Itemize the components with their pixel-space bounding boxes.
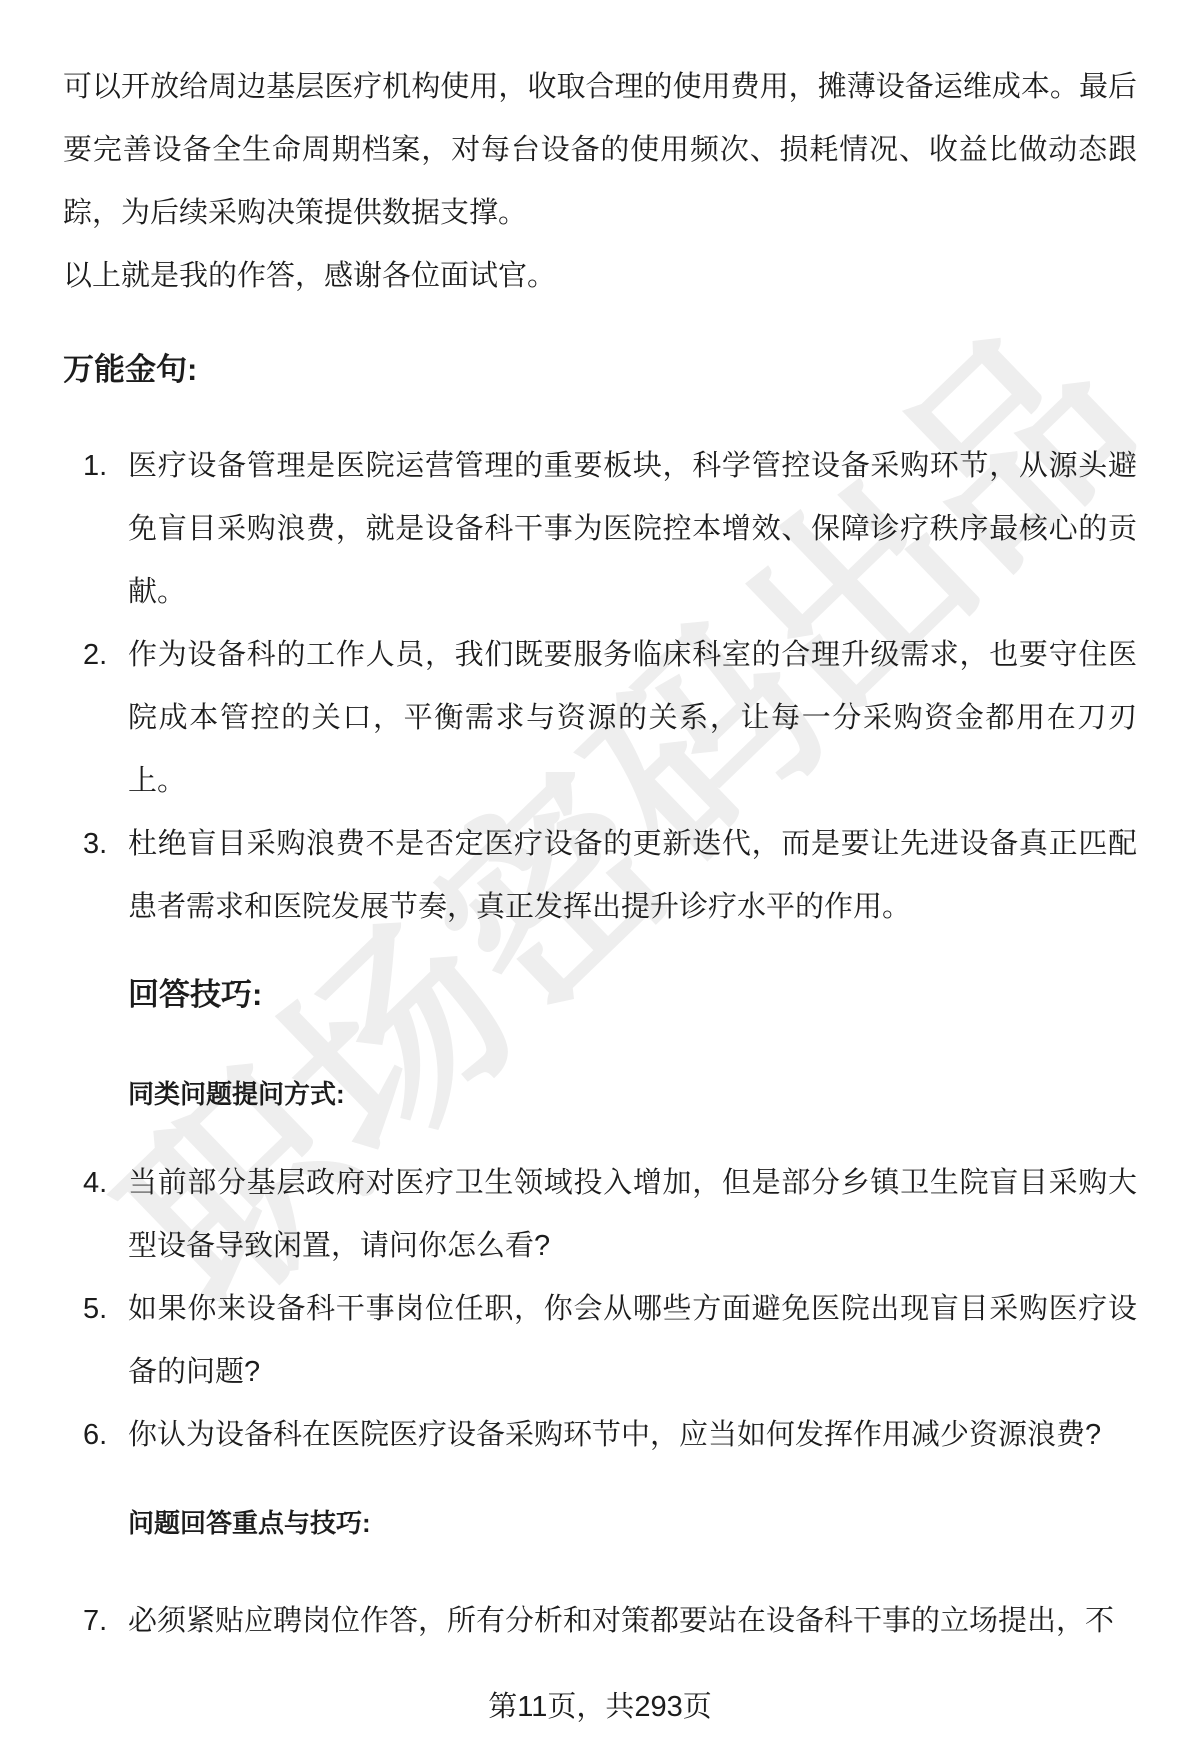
list-item: 7. 必须紧贴应聘岗位作答，所有分析和对策都要站在设备科干事的立场提出，不 bbox=[63, 1590, 1137, 1653]
list-item-number: 4. bbox=[83, 1152, 127, 1215]
list-item-text: 必须紧贴应聘岗位作答，所有分析和对策都要站在设备科干事的立场提出，不 bbox=[128, 1590, 1137, 1653]
list-item: 4. 当前部分基层政府对医疗卫生领域投入增加，但是部分乡镇卫生院盲目采购大型设备… bbox=[63, 1152, 1137, 1278]
answer-points-list: 7. 必须紧贴应聘岗位作答，所有分析和对策都要站在设备科干事的立场提出，不 bbox=[63, 1590, 1137, 1653]
list-item: 2. 作为设备科的工作人员，我们既要服务临床科室的合理升级需求，也要守住医院成本… bbox=[63, 624, 1137, 813]
list-item-number: 3. bbox=[83, 813, 127, 876]
answer-points-subheading: 问题回答重点与技巧: bbox=[128, 1492, 1137, 1555]
list-item-text: 你认为设备科在医院医疗设备采购环节中，应当如何发挥作用减少资源浪费? bbox=[128, 1404, 1137, 1467]
list-item-text: 医疗设备管理是医院运营管理的重要板块，科学管控设备采购环节，从源头避免盲目采购浪… bbox=[128, 435, 1137, 624]
list-item-number: 1. bbox=[83, 435, 127, 498]
list-item: 5. 如果你来设备科干事岗位任职，你会从哪些方面避免医院出现盲目采购医疗设备的问… bbox=[63, 1278, 1137, 1404]
list-item-number: 6. bbox=[83, 1404, 127, 1467]
golden-sentences-heading: 万能金句: bbox=[63, 338, 1137, 401]
list-item-text: 如果你来设备科干事岗位任职，你会从哪些方面避免医院出现盲目采购医疗设备的问题? bbox=[128, 1278, 1137, 1404]
list-item: 6. 你认为设备科在医院医疗设备采购环节中，应当如何发挥作用减少资源浪费? bbox=[63, 1404, 1137, 1467]
page-number-footer: 第11页，共293页 bbox=[63, 1676, 1137, 1739]
golden-sentences-list: 1. 医疗设备管理是医院运营管理的重要板块，科学管控设备采购环节，从源头避免盲目… bbox=[63, 435, 1137, 939]
intro-closing-paragraph: 以上就是我的作答，感谢各位面试官。 bbox=[63, 245, 1137, 308]
list-item: 3. 杜绝盲目采购浪费不是否定医疗设备的更新迭代，而是要让先进设备真正匹配患者需… bbox=[63, 813, 1137, 939]
list-item-number: 7. bbox=[83, 1590, 127, 1653]
intro-paragraph: 可以开放给周边基层医疗机构使用，收取合理的使用费用，摊薄设备运维成本。最后要完善… bbox=[63, 56, 1137, 245]
page-content: 可以开放给周边基层医疗机构使用，收取合理的使用费用，摊薄设备运维成本。最后要完善… bbox=[0, 0, 1200, 1739]
similar-questions-subheading: 同类问题提问方式: bbox=[128, 1063, 1137, 1126]
intro-section: 可以开放给周边基层医疗机构使用，收取合理的使用费用，摊薄设备运维成本。最后要完善… bbox=[63, 56, 1137, 308]
list-item-number: 5. bbox=[83, 1278, 127, 1341]
list-item-text: 杜绝盲目采购浪费不是否定医疗设备的更新迭代，而是要让先进设备真正匹配患者需求和医… bbox=[128, 813, 1137, 939]
list-item-number: 2. bbox=[83, 624, 127, 687]
similar-questions-list: 4. 当前部分基层政府对医疗卫生领域投入增加，但是部分乡镇卫生院盲目采购大型设备… bbox=[63, 1152, 1137, 1467]
document-page: 职场密码出品 可以开放给周边基层医疗机构使用，收取合理的使用费用，摊薄设备运维成… bbox=[0, 0, 1200, 1755]
list-item-text: 当前部分基层政府对医疗卫生领域投入增加，但是部分乡镇卫生院盲目采购大型设备导致闲… bbox=[128, 1152, 1137, 1278]
answer-technique-heading: 回答技巧: bbox=[128, 963, 1137, 1026]
list-item-text: 作为设备科的工作人员，我们既要服务临床科室的合理升级需求，也要守住医院成本管控的… bbox=[128, 624, 1137, 813]
list-item: 1. 医疗设备管理是医院运营管理的重要板块，科学管控设备采购环节，从源头避免盲目… bbox=[63, 435, 1137, 624]
